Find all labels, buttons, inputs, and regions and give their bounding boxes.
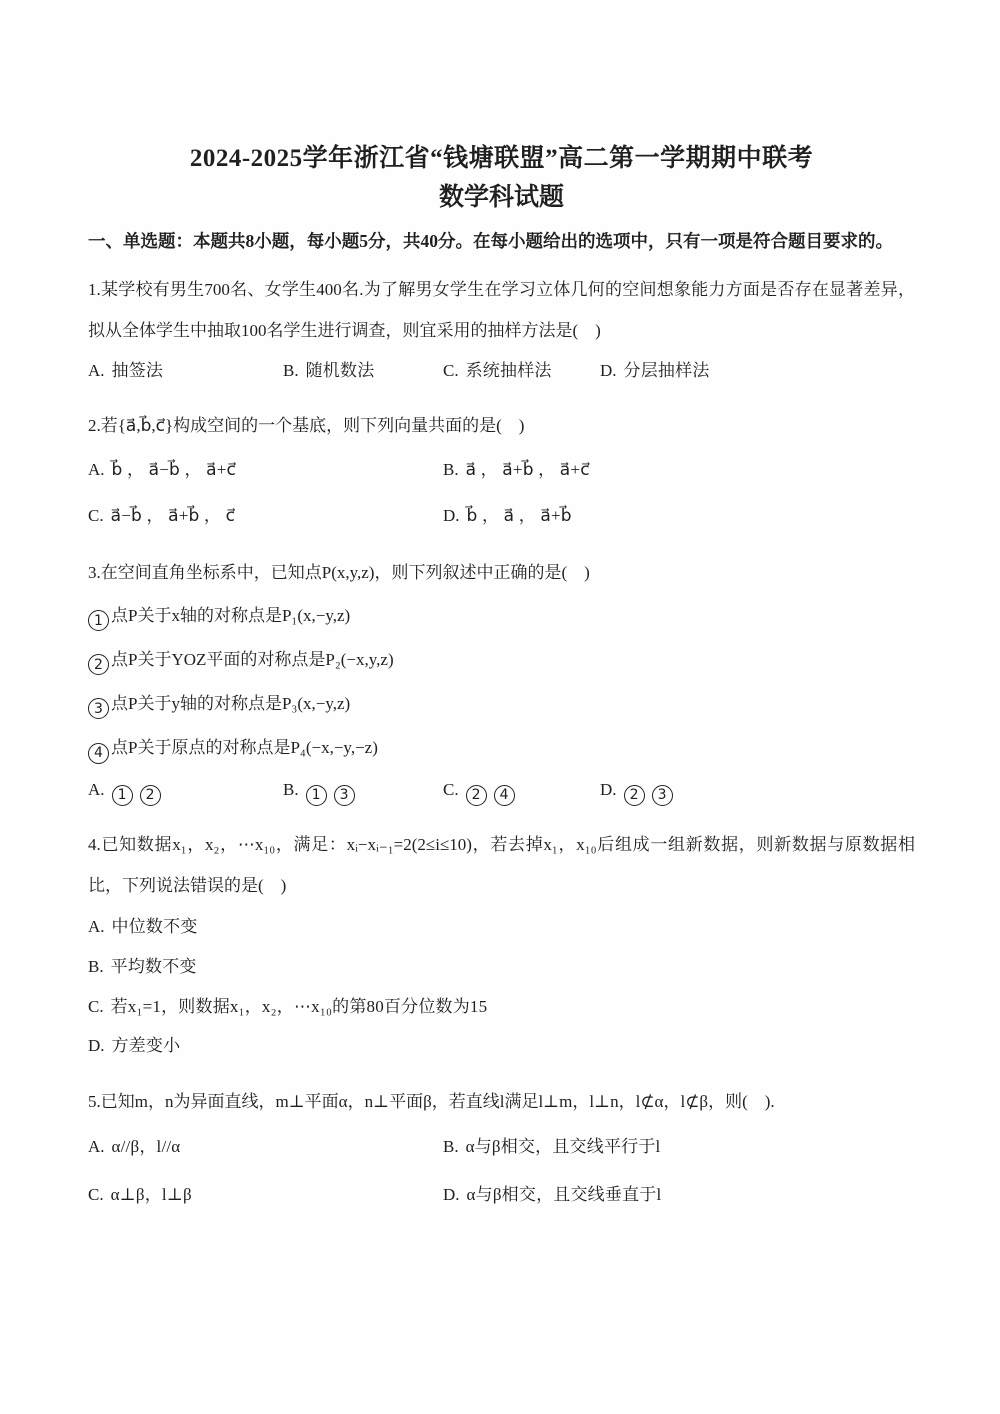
question-4-option-d: D.方差变小 xyxy=(88,1026,915,1066)
statement-text: 点P关于y轴的对称点是P₃(x,−y,z) xyxy=(111,694,350,713)
question-2: 2.若{a⃗,b⃗,c⃗}构成空间的一个基底，则下列向量共面的是( ) A.b⃗… xyxy=(88,406,915,539)
question-1-option-a: A.抽签法 xyxy=(88,351,283,392)
option-label: D. xyxy=(600,780,617,799)
circled-number-icon: 1 xyxy=(306,785,327,806)
option-text: α⊥β，l⊥β xyxy=(111,1185,192,1204)
question-2-option-d: D.b⃗ ， a⃗ ， a⃗+b⃗ xyxy=(443,493,915,539)
circled-number-icon: 2 xyxy=(624,785,645,806)
question-4-option-c: C.若x₁=1，则数据x₁，x₂，⋯x₁₀的第80百分位数为15 xyxy=(88,987,915,1027)
option-label: D. xyxy=(443,506,460,525)
question-3-statements: 1点P关于x轴的对称点是P₁(x,−y,z) 2点P关于YOZ平面的对称点是P₂… xyxy=(88,594,915,771)
option-label: A. xyxy=(88,361,105,380)
option-label: A. xyxy=(88,780,105,799)
option-text: 平均数不变 xyxy=(111,957,197,976)
option-label: A. xyxy=(88,1137,105,1156)
question-1-options: A.抽签法 B.随机数法 C.系统抽样法 D.分层抽样法 xyxy=(88,351,915,392)
question-2-option-a: A.b⃗ ， a⃗−b⃗ ， a⃗+c⃗ xyxy=(88,447,443,493)
option-text: b⃗ ， a⃗ ， a⃗+b⃗ xyxy=(467,506,572,525)
question-5-option-c: C.α⊥β，l⊥β xyxy=(88,1171,443,1219)
question-5-option-b: B.α与β相交，且交线平行于l xyxy=(443,1123,915,1171)
question-3-option-c: C.24 xyxy=(443,770,600,811)
circled-number-icon: 2 xyxy=(88,654,109,675)
option-text: α//β，l//α xyxy=(112,1137,181,1156)
question-1-option-c: C.系统抽样法 xyxy=(443,351,600,392)
question-1: 1.某学校有男生700名、女学生400名.为了解男女学生在学习立体几何的空间想象… xyxy=(88,270,915,392)
option-label: B. xyxy=(443,460,459,479)
question-5-options-row-1: A.α//β，l//α B.α与β相交，且交线平行于l xyxy=(88,1123,915,1171)
option-label: C. xyxy=(88,506,104,525)
option-label: B. xyxy=(88,957,104,976)
question-3-options: A.12 B.13 C.24 D.23 xyxy=(88,770,915,811)
question-2-option-c: C.a⃗−b⃗ ， a⃗+b⃗ ， c⃗ xyxy=(88,493,443,539)
question-1-stem: 1.某学校有男生700名、女学生400名.为了解男女学生在学习立体几何的空间想象… xyxy=(88,270,915,352)
option-text: 若x₁=1，则数据x₁，x₂，⋯x₁₀的第80百分位数为15 xyxy=(111,997,488,1016)
circled-number-icon: 3 xyxy=(334,785,355,806)
option-text: 方差变小 xyxy=(112,1036,181,1055)
question-3-option-d: D.23 xyxy=(600,770,915,811)
question-3-option-a: A.12 xyxy=(88,770,283,811)
circled-number-icon: 4 xyxy=(88,743,109,764)
statement-text: 点P关于原点的对称点是P₄(−x,−y,−z) xyxy=(111,738,378,757)
question-3-statement-1: 1点P关于x轴的对称点是P₁(x,−y,z) xyxy=(88,594,915,638)
option-label: C. xyxy=(88,997,104,1016)
question-1-option-b: B.随机数法 xyxy=(283,351,443,392)
question-4-options: A.中位数不变 B.平均数不变 C.若x₁=1，则数据x₁，x₂，⋯x₁₀的第8… xyxy=(88,907,915,1067)
option-label: D. xyxy=(88,1036,105,1055)
question-2-option-b: B.a⃗ ， a⃗+b⃗ ， a⃗+c⃗ xyxy=(443,447,915,493)
option-text: 系统抽样法 xyxy=(466,361,552,380)
option-text: 中位数不变 xyxy=(112,917,198,936)
statement-text: 点P关于x轴的对称点是P₁(x,−y,z) xyxy=(111,606,350,625)
option-label: C. xyxy=(443,780,459,799)
circled-number-icon: 1 xyxy=(88,610,109,631)
question-3-statement-4: 4点P关于原点的对称点是P₄(−x,−y,−z) xyxy=(88,726,915,770)
exam-title: 2024-2025学年浙江省“钱塘联盟”高二第一学期期中联考 xyxy=(88,143,915,174)
option-text: 随机数法 xyxy=(306,361,375,380)
option-label: C. xyxy=(88,1185,104,1204)
question-4-stem: 4.已知数据x₁，x₂，⋯x₁₀，满足：xᵢ−xᵢ₋₁=2(2≤i≤10)，若去… xyxy=(88,825,915,907)
exam-subtitle: 数学科试题 xyxy=(88,182,915,213)
option-label: A. xyxy=(88,460,105,479)
circled-number-icon: 4 xyxy=(494,785,515,806)
question-2-options-row-2: C.a⃗−b⃗ ， a⃗+b⃗ ， c⃗ D.b⃗ ， a⃗ ， a⃗+b⃗ xyxy=(88,493,915,539)
question-3-statement-2: 2点P关于YOZ平面的对称点是P₂(−x,y,z) xyxy=(88,638,915,682)
option-label: A. xyxy=(88,917,105,936)
option-label: D. xyxy=(443,1185,460,1204)
question-2-stem: 2.若{a⃗,b⃗,c⃗}构成空间的一个基底，则下列向量共面的是( ) xyxy=(88,406,915,447)
option-text: a⃗ ， a⃗+b⃗ ， a⃗+c⃗ xyxy=(466,460,590,479)
question-5-stem: 5.已知m，n为异面直线，m⊥平面α，n⊥平面β，若直线l满足l⊥m，l⊥n，l… xyxy=(88,1082,915,1123)
section-1-header: 一、单选题：本题共8小题，每小题5分，共40分。在每小题给出的选项中，只有一项是… xyxy=(88,228,915,254)
question-4-option-a: A.中位数不变 xyxy=(88,907,915,947)
question-4: 4.已知数据x₁，x₂，⋯x₁₀，满足：xᵢ−xᵢ₋₁=2(2≤i≤10)，若去… xyxy=(88,825,915,1066)
option-label: B. xyxy=(283,361,299,380)
question-5: 5.已知m，n为异面直线，m⊥平面α，n⊥平面β，若直线l满足l⊥m，l⊥n，l… xyxy=(88,1082,915,1218)
exam-paper-page: 2024-2025学年浙江省“钱塘联盟”高二第一学期期中联考 数学科试题 一、单… xyxy=(0,0,1000,1414)
question-5-options-row-2: C.α⊥β，l⊥β D.α与β相交，且交线垂直于l xyxy=(88,1171,915,1219)
question-1-option-d: D.分层抽样法 xyxy=(600,351,915,392)
option-text: α与β相交，且交线垂直于l xyxy=(467,1185,662,1204)
question-3-stem: 3.在空间直角坐标系中，已知点P(x,y,z)，则下列叙述中正确的是( ) xyxy=(88,553,915,594)
statement-text: 点P关于YOZ平面的对称点是P₂(−x,y,z) xyxy=(111,650,394,669)
question-4-option-b: B.平均数不变 xyxy=(88,947,915,987)
option-label: B. xyxy=(443,1137,459,1156)
circled-number-icon: 3 xyxy=(652,785,673,806)
question-3-statement-3: 3点P关于y轴的对称点是P₃(x,−y,z) xyxy=(88,682,915,726)
option-text: 分层抽样法 xyxy=(624,361,710,380)
option-text: α与β相交，且交线平行于l xyxy=(466,1137,661,1156)
option-text: b⃗ ， a⃗−b⃗ ， a⃗+c⃗ xyxy=(112,460,237,479)
question-3: 3.在空间直角坐标系中，已知点P(x,y,z)，则下列叙述中正确的是( ) 1点… xyxy=(88,553,915,811)
option-label: B. xyxy=(283,780,299,799)
circled-number-icon: 2 xyxy=(466,785,487,806)
question-3-option-b: B.13 xyxy=(283,770,443,811)
option-text: a⃗−b⃗ ， a⃗+b⃗ ， c⃗ xyxy=(111,506,236,525)
circled-number-icon: 3 xyxy=(88,698,109,719)
question-5-option-a: A.α//β，l//α xyxy=(88,1123,443,1171)
option-label: C. xyxy=(443,361,459,380)
question-2-options-row-1: A.b⃗ ， a⃗−b⃗ ， a⃗+c⃗ B.a⃗ ， a⃗+b⃗ ， a⃗+c… xyxy=(88,447,915,493)
option-text: 抽签法 xyxy=(112,361,164,380)
circled-number-icon: 1 xyxy=(112,785,133,806)
circled-number-icon: 2 xyxy=(140,785,161,806)
option-label: D. xyxy=(600,361,617,380)
question-5-option-d: D.α与β相交，且交线垂直于l xyxy=(443,1171,915,1219)
